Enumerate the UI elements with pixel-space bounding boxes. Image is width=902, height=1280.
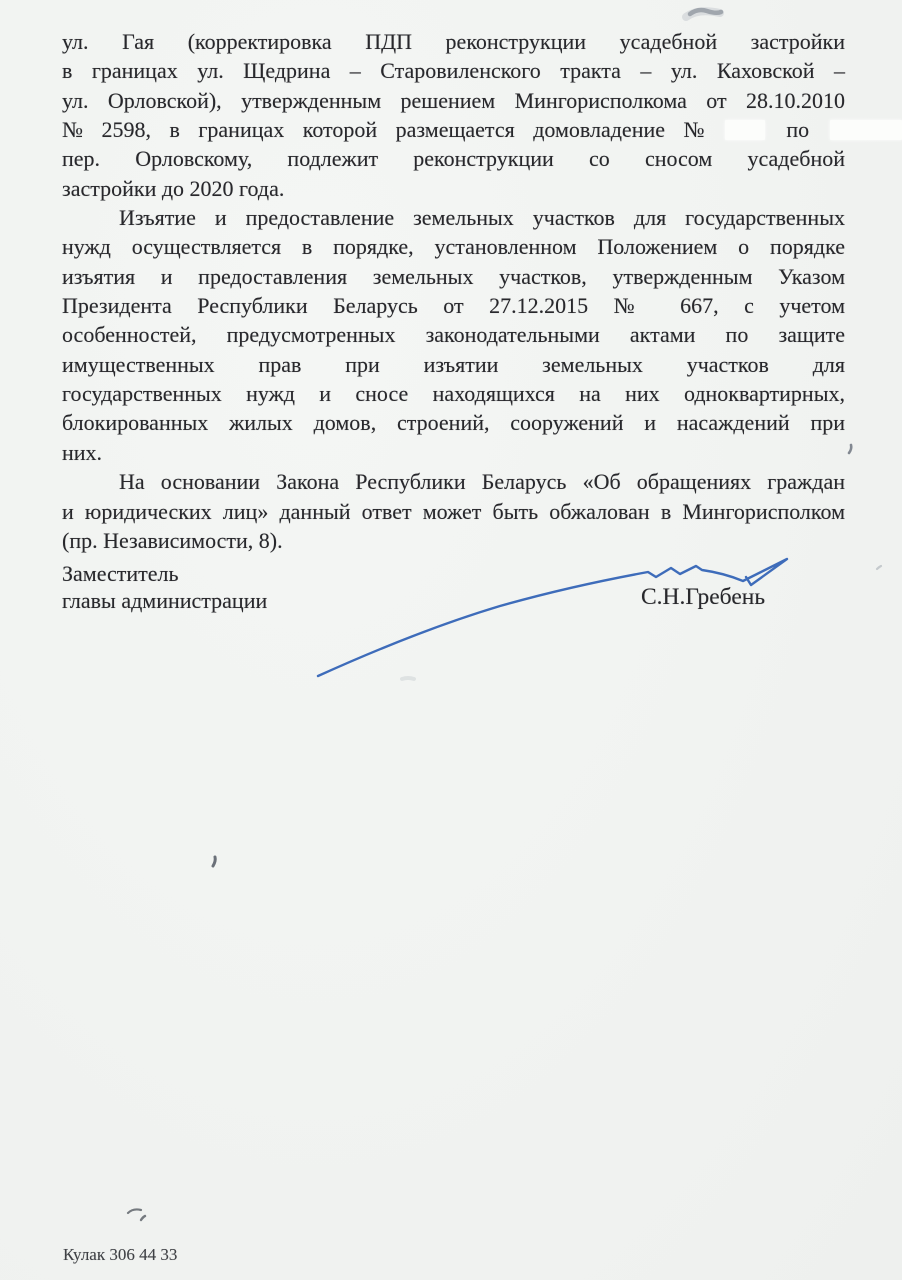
scan-speck (128, 1209, 141, 1213)
text-line: них. (62, 438, 845, 467)
redaction-box (725, 120, 765, 140)
paragraph: На основании Закона Республики Беларусь … (62, 467, 845, 555)
paragraph: Изъятие и предоставление земельных участ… (62, 203, 845, 467)
footer-reference: Кулак 306 44 33 (63, 1245, 177, 1265)
text-line: изъятия и предоставления земельных участ… (62, 262, 845, 291)
text-line: нужд осуществляется в порядке, установле… (62, 232, 845, 261)
text-line: в границах ул. Щедрина – Старовиленского… (62, 56, 845, 85)
text-line: ул. Орловской), утвержденным решением Ми… (62, 86, 845, 115)
text-segment: № 2598, в границах которой размещается д… (62, 115, 705, 144)
text-line: блокированных жилых домов, строений, соо… (62, 408, 845, 437)
handwritten-signature (318, 559, 787, 676)
scan-speck (213, 857, 215, 866)
text-line: государственных нужд и сносе находящихся… (62, 379, 845, 408)
text-segment: по (786, 115, 809, 144)
signer-title-line-1: Заместитель (62, 561, 267, 588)
text-line: № 2598, в границах которой размещается д… (62, 115, 845, 144)
text-line: ул. Гая (корректировка ПДП реконструкции… (62, 27, 845, 56)
signer-name: С.Н.Гребень (641, 583, 765, 611)
scanned-letter-page: ул. Гая (корректировка ПДП реконструкции… (0, 0, 902, 1280)
text-line: Изъятие и предоставление земельных участ… (62, 203, 845, 232)
text-line: застройки до 2020 года. (62, 174, 845, 203)
signer-title: Заместитель главы администрации (62, 561, 267, 614)
redaction-box (830, 120, 902, 140)
signer-title-line-2: главы администрации (62, 588, 267, 615)
text-line: Президента Республики Беларусь от 27.12.… (62, 291, 845, 320)
text-line: имущественных прав при изъятии земельных… (62, 350, 845, 379)
scan-speck (849, 445, 851, 453)
text-line: пер. Орловскому, подлежит реконструкции … (62, 144, 845, 173)
scan-smudge-top (690, 10, 721, 14)
text-line: и юридических лиц» данный ответ может бы… (62, 497, 845, 526)
text-line: (пр. Независимости, 8). (62, 526, 845, 555)
scan-speck (402, 678, 414, 679)
text-line: На основании Закона Республики Беларусь … (62, 467, 845, 496)
paragraph: ул. Гая (корректировка ПДП реконструкции… (62, 27, 845, 203)
scan-speck (141, 1216, 145, 1220)
document-text: ул. Гая (корректировка ПДП реконструкции… (62, 27, 845, 555)
scan-smudge-top-halo (686, 11, 720, 17)
text-line: особенностей, предусмотренных законодате… (62, 320, 845, 349)
scan-speck (877, 566, 881, 569)
